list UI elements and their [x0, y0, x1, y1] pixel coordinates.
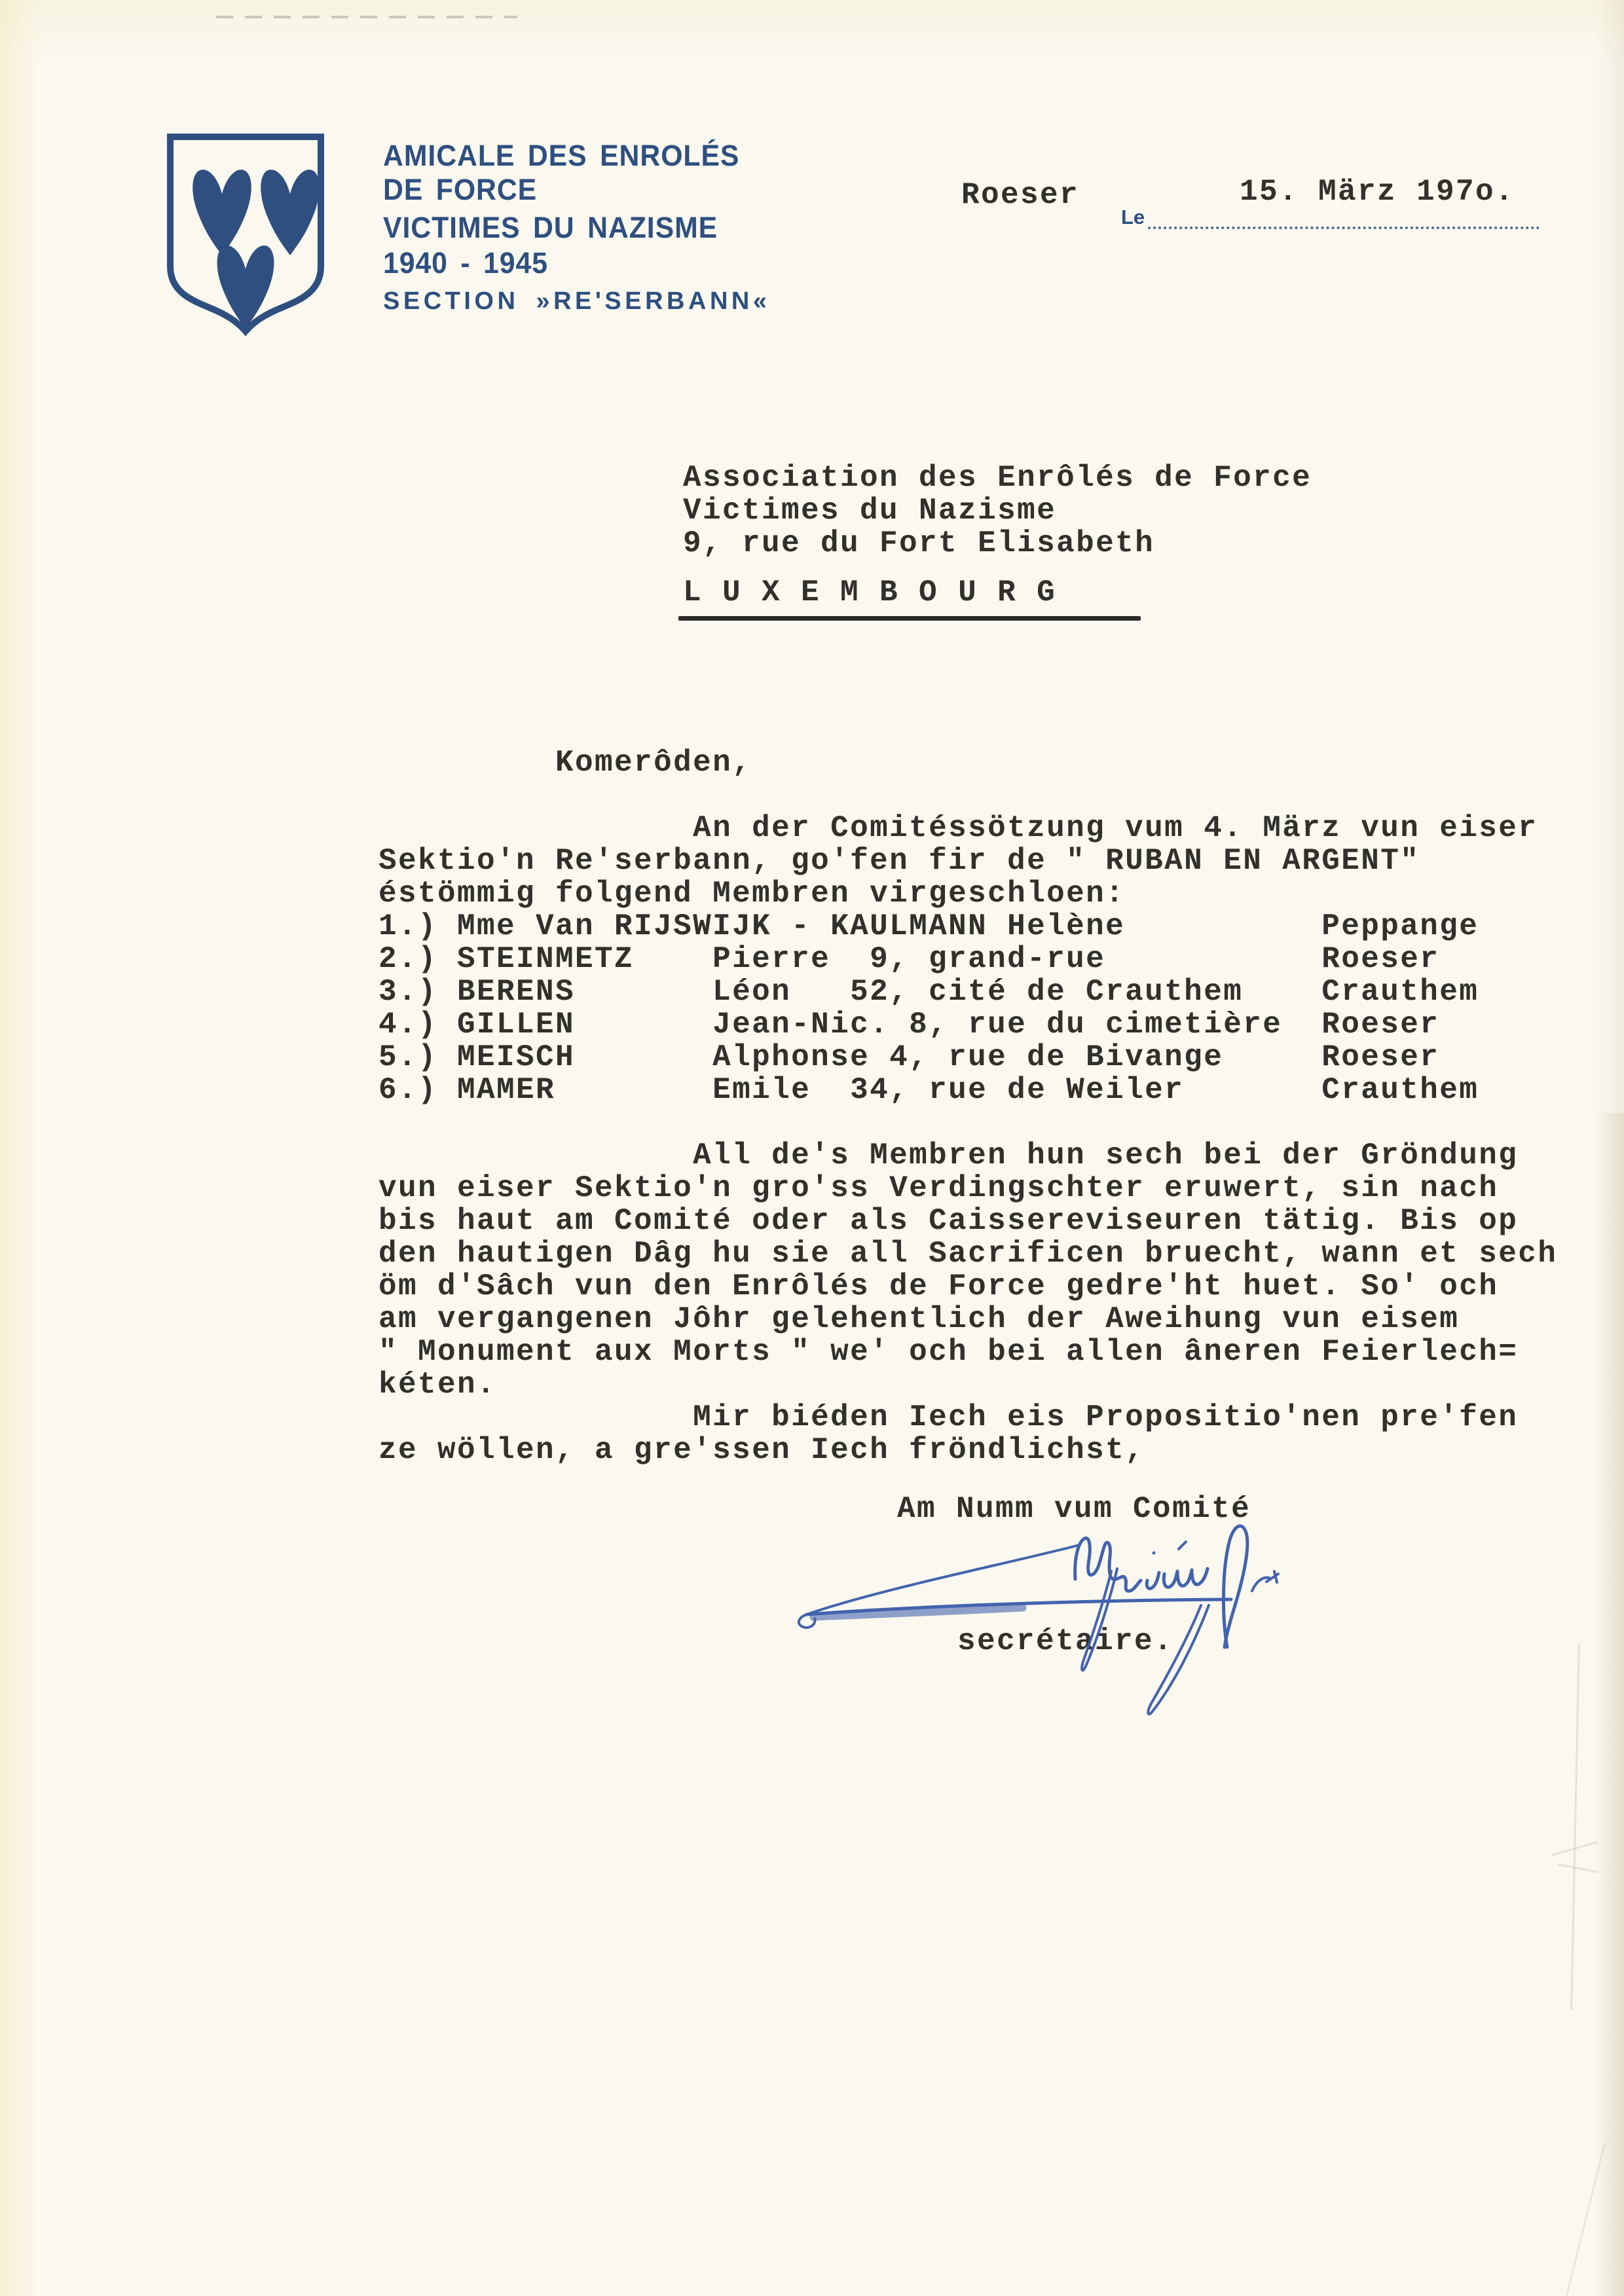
dateline-place: Roeser [961, 179, 1079, 211]
signature-i-dot [1153, 1552, 1156, 1555]
signature-descender-left [1082, 1569, 1117, 1670]
scanned-letter-page: AMICALE DES ENROLÉS DE FORCE VICTIMES DU… [0, 0, 1624, 2296]
signature-final-tick [1252, 1571, 1278, 1591]
letter-intro: Komerôden, An der Comitéssötzung vum 4. … [378, 746, 1538, 910]
recipient-address: Association des Enrôlés de Force Victime… [683, 462, 1312, 560]
heraldic-leaves [193, 170, 320, 329]
recipient-underline [678, 616, 1141, 621]
scanner-edge-streak [216, 16, 517, 18]
paper-crease [1570, 1643, 1580, 2010]
signature-descender-right [1148, 1605, 1209, 1714]
org-name-line3: VICTIMES DU NAZISME [383, 213, 718, 242]
recipient-city: L U X E M B O U R G [683, 576, 1056, 609]
signature-tall-loop [1223, 1526, 1247, 1647]
signature-accent-stroke [1179, 1542, 1186, 1549]
org-name-line2: DE FORCE [383, 175, 537, 204]
signature-ink [773, 1499, 1316, 1944]
signature-name-scribble [1075, 1538, 1208, 1591]
dateline-date: 15. März 197o. [1240, 175, 1515, 208]
member-list: 1.) Mme Van RIJSWIJK - KAULMANN Helène P… [378, 910, 1479, 1106]
signature-ink-band [813, 1608, 1023, 1617]
org-name-line1: AMICALE DES ENROLÉS [383, 141, 739, 170]
dateline-le-label: Le [1121, 207, 1145, 227]
org-years: 1940 - 1945 [383, 248, 548, 278]
letter-main-text: All de's Membren hun sech bei der Gröndu… [378, 1139, 1557, 1467]
paper-wrinkle [1557, 1863, 1597, 1873]
org-section: SECTION »RE'SERBANN« [383, 289, 770, 314]
right-edge-shadow [1596, 1113, 1624, 2296]
coat-of-arms-shield-icon [166, 132, 325, 337]
